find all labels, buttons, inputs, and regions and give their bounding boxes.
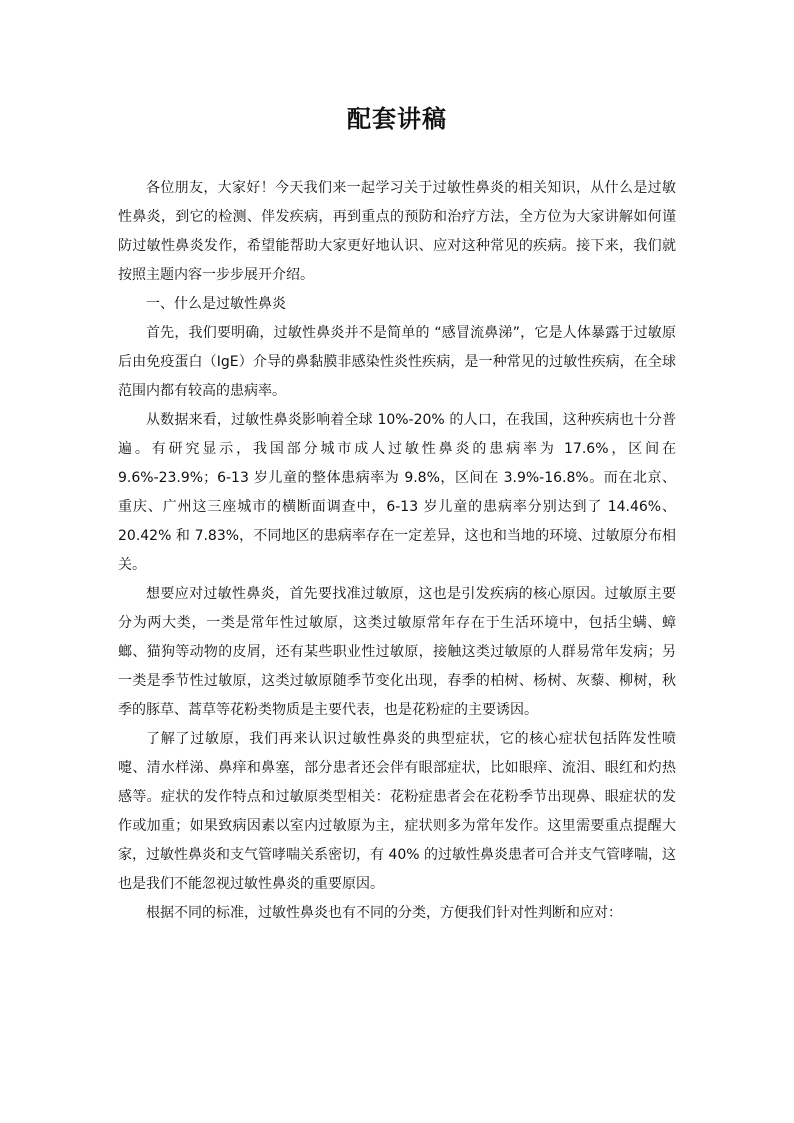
document-body: 各位朋友，大家好！今天我们来一起学习关于过敏性鼻炎的相关知识，从什么是过敏性鼻炎… bbox=[118, 174, 676, 928]
paragraph-classification: 根据不同的标准，过敏性鼻炎也有不同的分类，方便我们针对性判断和应对： bbox=[118, 899, 676, 928]
paragraph-symptoms: 了解了过敏原，我们再来认识过敏性鼻炎的典型症状，它的核心症状包括阵发性喷嚏、清水… bbox=[118, 725, 676, 899]
paragraph-statistics: 从数据来看，过敏性鼻炎影响着全球 10%-20% 的人口，在我国，这种疾病也十分… bbox=[118, 406, 676, 580]
page-title: 配套讲稿 bbox=[118, 104, 676, 134]
paragraph-definition: 首先，我们要明确，过敏性鼻炎并不是简单的 “感冒流鼻涕”，它是人体暴露于过敏原后… bbox=[118, 319, 676, 406]
paragraph-intro: 各位朋友，大家好！今天我们来一起学习关于过敏性鼻炎的相关知识，从什么是过敏性鼻炎… bbox=[118, 174, 676, 290]
section-heading-1: 一、什么是过敏性鼻炎 bbox=[118, 290, 676, 319]
paragraph-allergens: 想要应对过敏性鼻炎，首先要找准过敏原，这也是引发疾病的核心原因。过敏原主要分为两… bbox=[118, 580, 676, 725]
